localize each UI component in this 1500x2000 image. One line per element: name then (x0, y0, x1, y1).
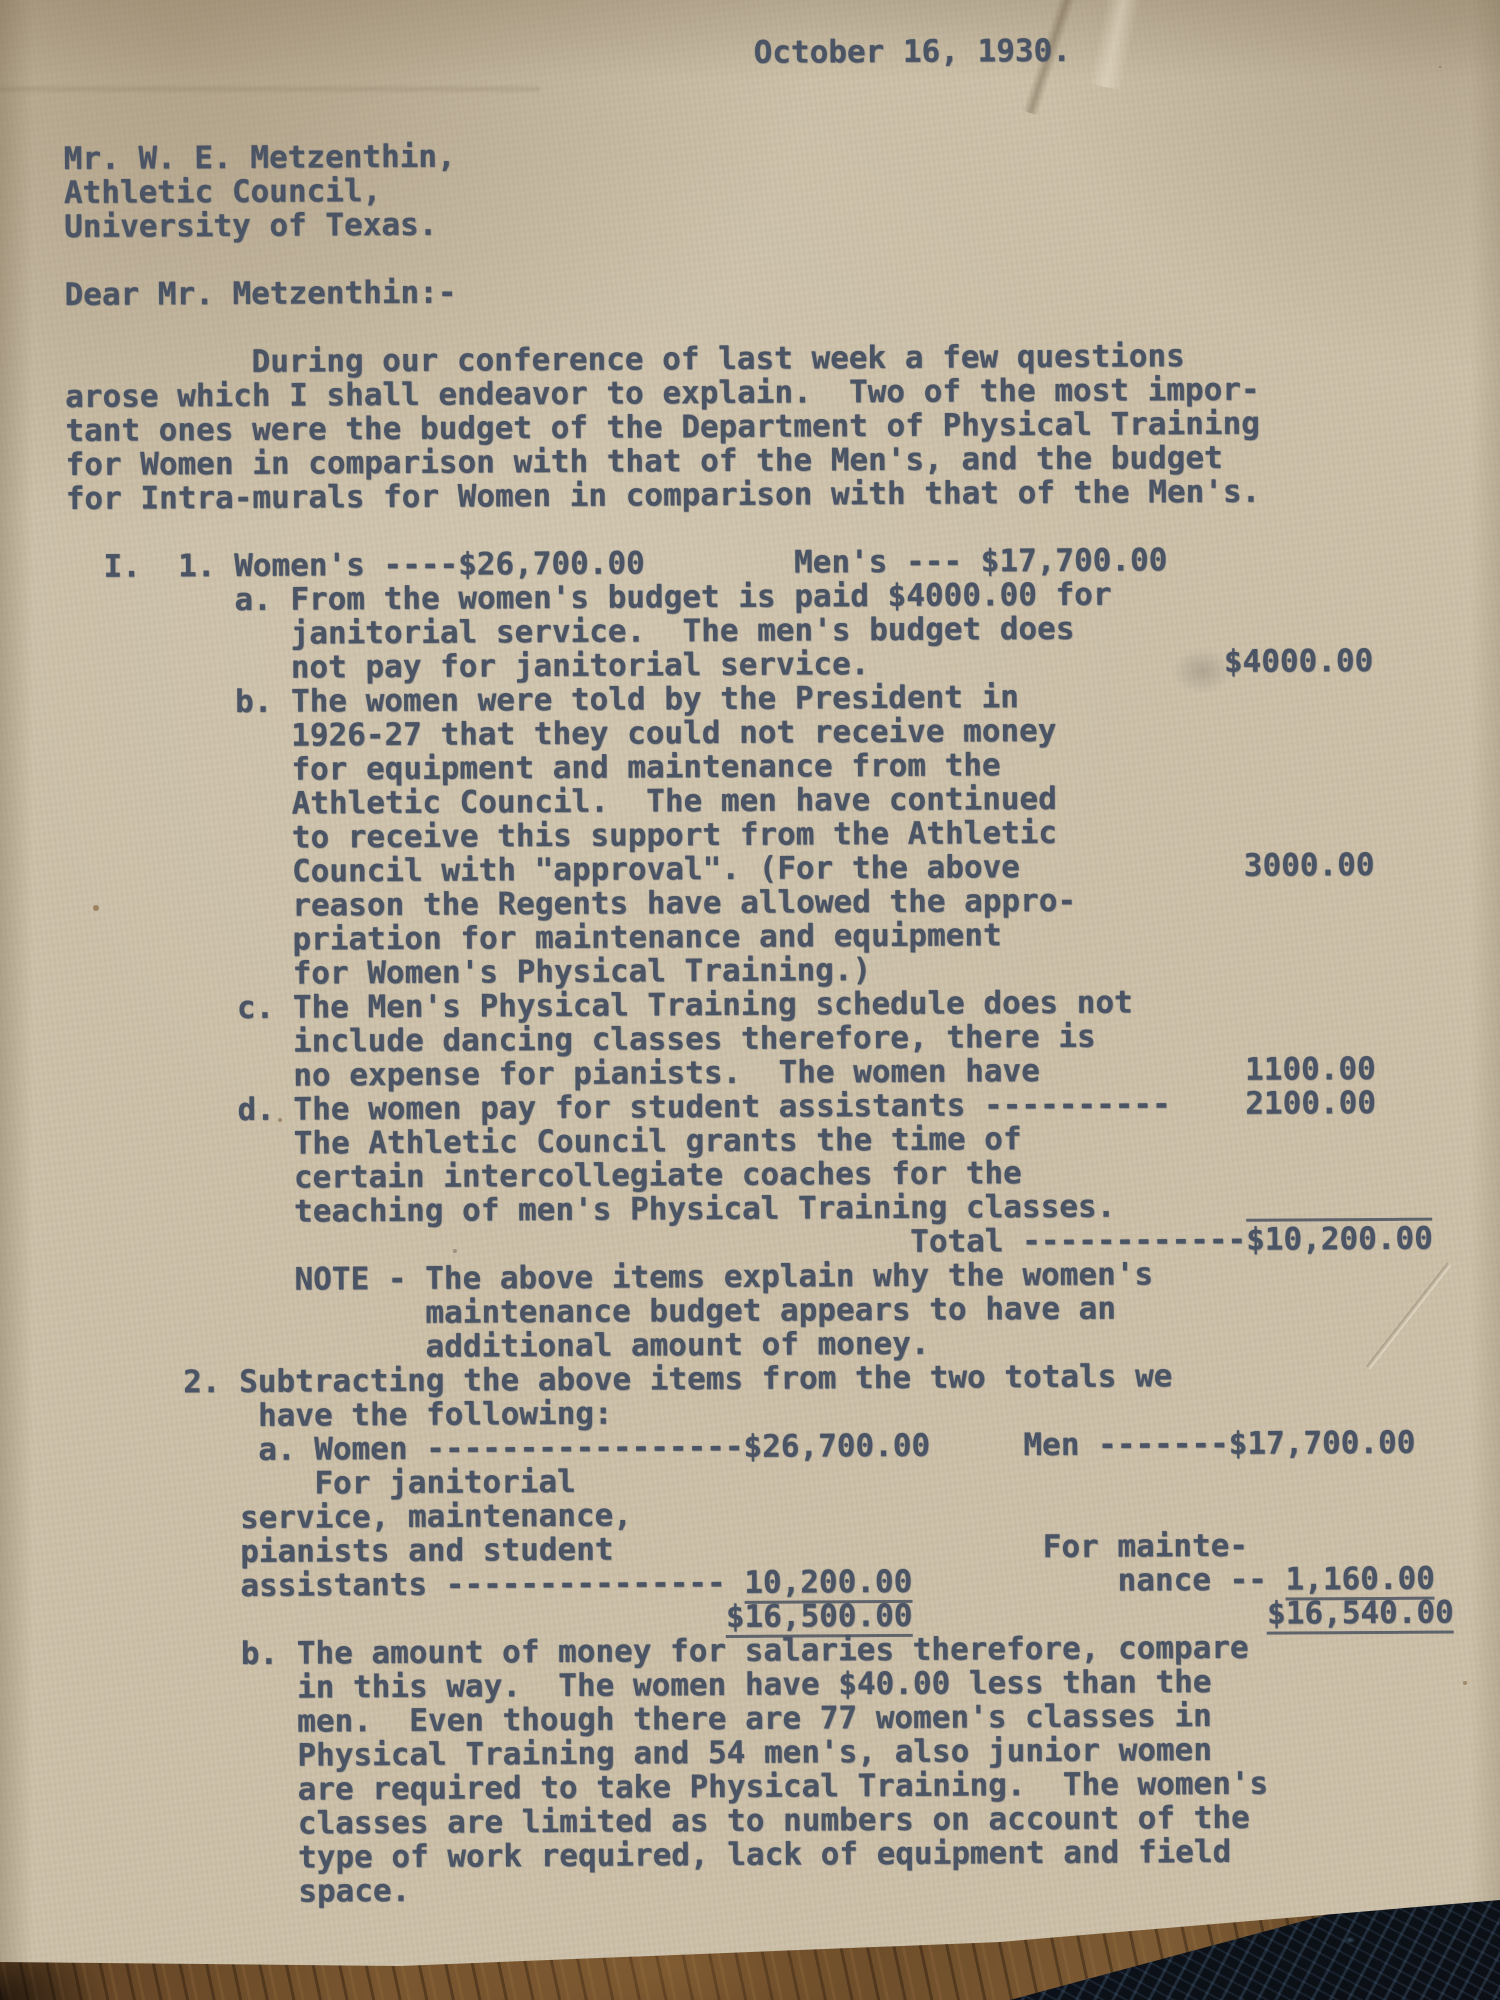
total-line: Total ------------$10,200.00 (70, 1221, 1490, 1264)
letter-paper: October 16, 1930.Mr. W. E. Metzenthin,At… (0, 0, 1500, 2000)
typed-segment (912, 1596, 1267, 1634)
typed-line: space. (74, 1867, 1494, 1910)
typed-line: a. Women -----------------$26,700.00 Men… (72, 1425, 1492, 1468)
letter-photo: October 16, 1930.Mr. W. E. Metzenthin,At… (0, 0, 1500, 2000)
typed-segment: $10,200.00 (1246, 1218, 1433, 1258)
typed-segment: $16,540.00 (1267, 1595, 1454, 1635)
typed-line: d. The women pay for student assistants … (69, 1085, 1489, 1128)
typed-line: Council with "approval". (For the above … (68, 847, 1488, 890)
typed-segment: nance -- (912, 1562, 1285, 1600)
typed-line: not pay for janitorial service. $4000.00 (67, 643, 1487, 686)
result-line: $16,500.00 $16,540.00 (73, 1595, 1493, 1638)
letter-body: October 16, 1930.Mr. W. E. Metzenthin,At… (63, 31, 1494, 1910)
